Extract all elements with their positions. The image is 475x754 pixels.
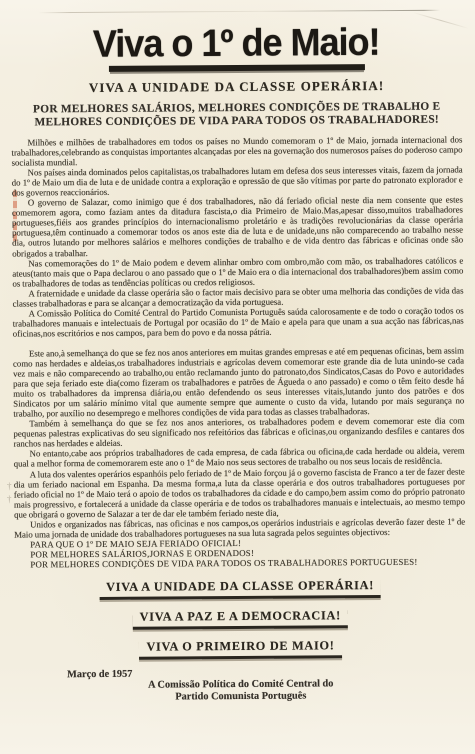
- body-text: Milhões e milhões de trabalhadores em to…: [11, 134, 465, 569]
- masthead: Viva o 1º de Maio! VIVA A UNIDADE DA CLA…: [11, 22, 463, 129]
- slogan-line: VIVA A PAZ E A DEMOCRACIA!: [15, 605, 466, 630]
- signature-line: Partido Comunista Português: [15, 690, 466, 706]
- subtitle: VIVA A UNIDADE DA CLASSE OPERÁRIA!: [11, 77, 462, 96]
- paragraph: O governo de Salazar, como inimigo que é…: [12, 195, 463, 258]
- date-label: Março de 1957: [67, 669, 132, 680]
- slogan-text: VIVA A UNIDADE DA CLASSE OPERÁRIA!: [99, 578, 381, 600]
- subheading: POR MELHORES SALÁRIOS, MELHORES CONDIÇÕE…: [27, 101, 447, 130]
- leaflet-page: † † Viva o 1º de Maio! VIVA A UNIDADE DA…: [0, 0, 475, 754]
- slogan-line: VIVA O PRIMEIRO DE MAIO!: [15, 635, 466, 660]
- paragraph: No entanto,cabe aos próprios trabalhador…: [14, 446, 465, 469]
- slogan-line: VIVA A UNIDADE DA CLASSE OPERÁRIA!: [14, 575, 465, 600]
- slogan-text: VIVA A PAZ E A DEMOCRACIA!: [133, 608, 348, 630]
- paragraph: A Comissão Política do Comité Central do…: [13, 305, 464, 338]
- paragraph: Milhões e milhões de trabalhadores em to…: [11, 134, 462, 167]
- slogan-text: VIVA O PRIMEIRO DE MAIO!: [139, 638, 341, 659]
- page-title: Viva o 1º de Maio!: [11, 21, 462, 64]
- paragraph: Este ano,à semelhança do que se fez nos …: [13, 345, 464, 418]
- title-rule-divider: [108, 64, 364, 72]
- paragraph: Também à semelhança do que se fez nos an…: [13, 416, 464, 449]
- paragraph: Nos países ainda dominados pelos capital…: [12, 165, 463, 198]
- demand-line: POR MELHORES CONDIÇÕES DE VIDA PARA TODO…: [14, 556, 465, 569]
- paragraph: Nas comemorações do 1º de Maio podem e d…: [12, 255, 463, 288]
- leaflet-content: Viva o 1º de Maio! VIVA A UNIDADE DA CLA…: [0, 0, 475, 729]
- paragraph: A luta dos valentes operários espanhóis …: [14, 466, 465, 519]
- slogan-block: VIVA A UNIDADE DA CLASSE OPERÁRIA! VIVA …: [14, 575, 466, 660]
- footer: Março de 1957 A Comissão Política do Com…: [15, 665, 466, 728]
